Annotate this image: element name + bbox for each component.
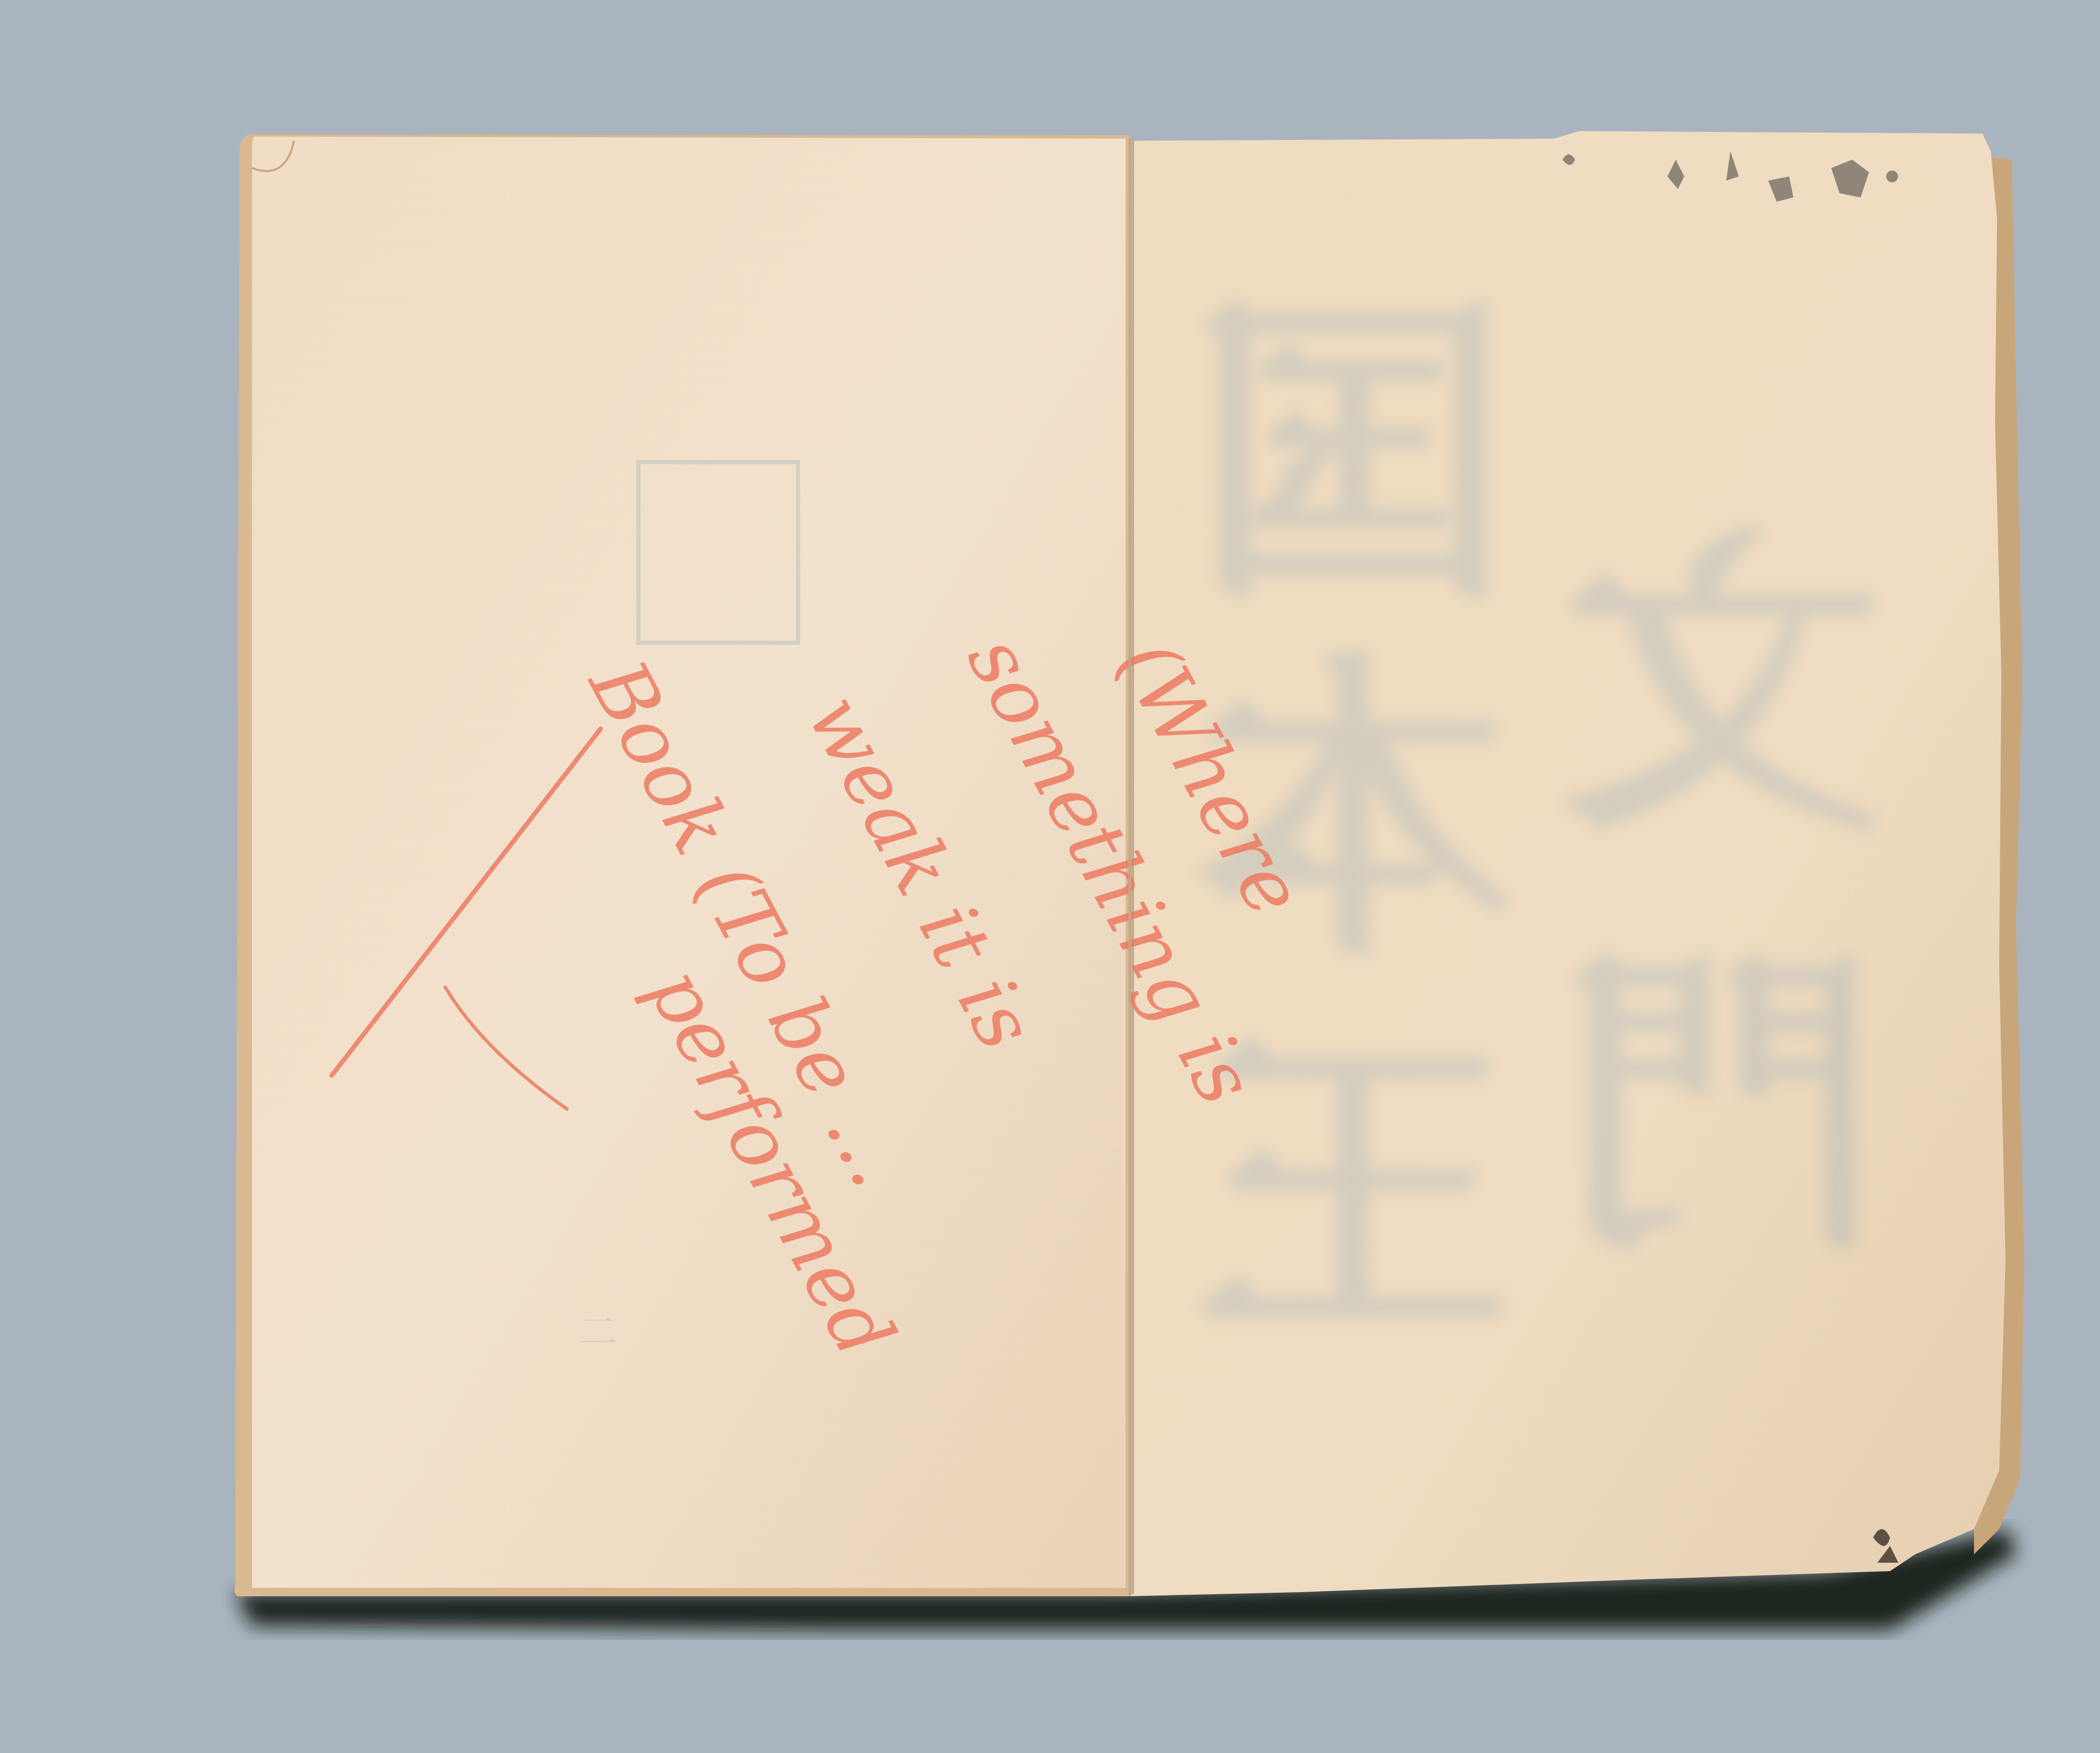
book-photograph: 国 本 文 門 王 二 (Where	[0, 0, 2100, 1753]
showthrough-char-4: 門	[1562, 922, 1882, 1294]
showthrough-char-1: 国	[1193, 271, 1512, 643]
showthrough-char-3: 文	[1562, 502, 1882, 874]
page-number-mark: 二	[580, 1309, 617, 1354]
